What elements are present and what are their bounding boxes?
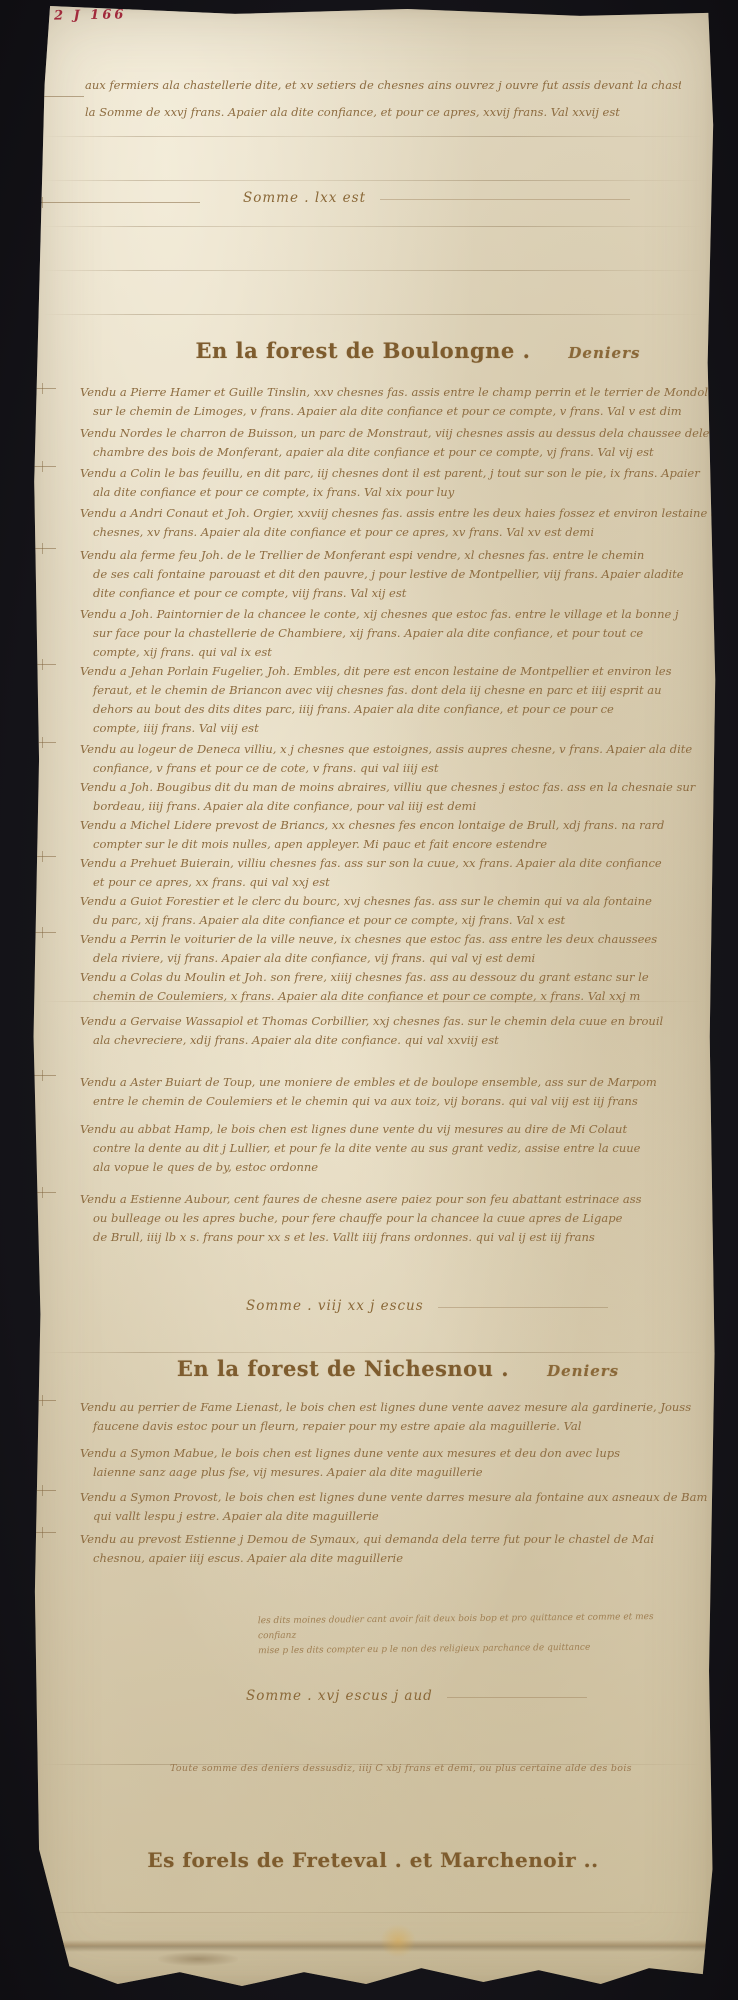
entry-line: sur le chemin de Limoges, v frans. Apaie… (80, 402, 722, 421)
grand-total-line: Toute somme des deniers dessusdiz, iiij … (170, 1763, 650, 1774)
ledger-entry: Vendu au logeur de Deneca villiu, x j ch… (80, 740, 722, 778)
entry-line: Vendu a Aster Buiart de Toup, une monier… (80, 1073, 722, 1092)
heading-text: En la forest de Nichesnou . (177, 1356, 509, 1381)
fold-crease (42, 136, 704, 137)
entry-line: de Brull, iiij lb x s. frans pour xx s e… (80, 1228, 722, 1247)
heading-suffix: Deniers (547, 1362, 619, 1380)
ledger-entry: Vendu a Symon Mabue, le bois chen est li… (80, 1444, 722, 1482)
note-line: les dits moines doudier cant avoir fait … (258, 1610, 678, 1644)
margin-tally-mark (30, 96, 84, 97)
entry-line: Vendu a Jehan Porlain Fugelier, Joh. Emb… (80, 662, 722, 681)
sum-text: Somme . viij xx j escus (246, 1298, 424, 1314)
margin-tally-mark (30, 1490, 56, 1491)
entry-line: Vendu ala ferme feu Joh. de le Trellier … (80, 546, 722, 565)
margin-tally-mark (30, 1532, 56, 1533)
fold-crease (42, 226, 704, 227)
margin-tally-mark (30, 1400, 56, 1401)
entry-line: et pour ce apres, xx frans. qui val xxj … (80, 873, 722, 892)
section-heading-nichesnou: En la forest de Nichesnou . Deniers (158, 1356, 638, 1381)
entry-line: Vendu a Joh. Paintornier de la chancee l… (80, 605, 722, 624)
entry-line: Vendu a Guiot Forestier et le clerc du b… (80, 892, 722, 911)
entry-line: ala dite confiance et pour ce compte, ix… (80, 483, 722, 502)
ledger-entry: Vendu a Colas du Moulin et Joh. son frer… (80, 968, 722, 1006)
archival-shelfmark: 2 J 166 (54, 7, 127, 23)
sum-line-section-1: Somme . viij xx j escus (246, 1298, 608, 1314)
entry-line: aux fermiers ala chastellerie dite, et x… (85, 72, 681, 99)
entry-line: Vendu a Symon Mabue, le bois chen est li… (80, 1444, 722, 1463)
entry-line: Vendu au abbat Hamp, le bois chen est li… (80, 1120, 722, 1139)
fold-crease (42, 1912, 704, 1913)
ledger-entry: Vendu a Perrin le voiturier de la ville … (80, 930, 722, 968)
entry-line: Vendu a Prehuet Buierain, villiu chesnes… (80, 854, 722, 873)
entry-line: confiance, v frans et pour ce de cote, v… (80, 759, 722, 778)
sum-text: Somme . xvj escus j aud (246, 1688, 433, 1704)
entry-line: du parc, xij frans. Apaier ala dite conf… (80, 911, 722, 930)
entry-line: Vendu a Estienne Aubour, cent faures de … (80, 1190, 722, 1209)
margin-tally-mark (30, 664, 56, 665)
entry-line: chesnes, xv frans. Apaier ala dite confi… (80, 523, 722, 542)
entry-line: Vendu a Perrin le voiturier de la ville … (80, 930, 722, 949)
entry-line: dehors au bout des dits dites parc, iiij… (80, 700, 722, 719)
ledger-entry: Vendu a Aster Buiart de Toup, une monier… (80, 1073, 722, 1111)
entry-line: Vendu a Andri Conaut et Joh. Orgier, xxv… (80, 504, 722, 523)
ledger-entry: Vendu a Colin le bas feuillu, en dit par… (80, 464, 722, 502)
entry-line: ou bulleage ou les apres buche, pour fer… (80, 1209, 722, 1228)
sum-text: Somme . lxx est (243, 190, 366, 206)
entry-line: feraut, et le chemin de Briancon avec vi… (80, 681, 722, 700)
entry-line: chemin de Coulemiers, x frans. Apaier al… (80, 987, 722, 1006)
ledger-entry: Vendu a Guiot Forestier et le clerc du b… (80, 892, 722, 930)
entry-line: Vendu au prevost Estienne j Demou de Sym… (80, 1530, 722, 1549)
fold-crease (42, 270, 704, 271)
ledger-entry: Vendu a Gervaise Wassapiol et Thomas Cor… (80, 1012, 722, 1050)
entry-line: Vendu au perrier de Fame Lienast, le boi… (80, 1398, 722, 1417)
entry-line: sur face pour la chastellerie de Chambie… (80, 624, 722, 643)
ledger-entry: Vendu a Prehuet Buierain, villiu chesnes… (80, 854, 722, 892)
closing-heading-freteval-marchenoir: Es forels de Freteval . et Marchenoir .. (128, 1848, 618, 1872)
entry-line: bordeau, iiij frans. Apaier ala dite con… (80, 797, 722, 816)
entry-line: laienne sanz aage plus fse, vij mesures.… (80, 1463, 722, 1482)
ledger-entry: Vendu au abbat Hamp, le bois chen est li… (80, 1120, 722, 1177)
ledger-entry: Vendu ala ferme feu Joh. de le Trellier … (80, 546, 722, 603)
margin-tally-mark (30, 856, 56, 857)
entry-line: compte, iiij frans. Val viij est (80, 719, 722, 738)
entry-line: Vendu a Michel Lidere prevost de Briancs… (80, 816, 722, 835)
ruling-line (447, 1696, 587, 1698)
entry-line: chambre des bois de Monferant, apaier al… (80, 443, 722, 462)
entry-line: Vendu a Colas du Moulin et Joh. son frer… (80, 968, 722, 987)
entry-line: ala chevreciere, xdij frans. Apaier ala … (80, 1031, 722, 1050)
ruling-line (380, 198, 630, 200)
ledger-entry: Vendu a Michel Lidere prevost de Briancs… (80, 816, 722, 854)
entry-line: Vendu a Pierre Hamer et Guille Tinslin, … (80, 383, 722, 402)
entry-line: de ses cali fontaine parouast et dit den… (80, 565, 722, 584)
entry-line: compter sur le dit mois nulles, apen app… (80, 835, 722, 854)
margin-tally-mark (30, 548, 56, 549)
entry-line: Vendu a Joh. Bougibus dit du man de moin… (80, 778, 722, 797)
entry-line: ala vopue le ques de by, estoc ordonne (80, 1158, 722, 1177)
entry-line: faucene davis estoc pour un fleurn, repa… (80, 1417, 722, 1436)
ledger-entry: Vendu a Andri Conaut et Joh. Orgier, xxv… (80, 504, 722, 542)
entry-line: compte, xij frans. qui val ix est (80, 643, 722, 662)
margin-tally-mark (30, 932, 56, 933)
entry-line: contre la dente au dit j Lullier, et pou… (80, 1139, 722, 1158)
entry-line: Vendu Nordes le charron de Buisson, un p… (80, 424, 722, 443)
sum-line-section-2: Somme . xvj escus j aud (246, 1688, 587, 1704)
parchment-stain (380, 1924, 416, 1958)
margin-tally-mark (30, 1192, 56, 1193)
entry-line: chesnou, apaier iiij escus. Apaier ala d… (80, 1549, 722, 1568)
sum-line-top: Somme . lxx est (243, 190, 630, 206)
ledger-entry: Vendu a Estienne Aubour, cent faures de … (80, 1190, 722, 1247)
bottom-fold-crease (28, 1940, 718, 1952)
photograph-background: 2 J 166 aux fermiers ala chastellerie di… (0, 0, 738, 2000)
entry-line: dela riviere, vij frans. Apaier ala dite… (80, 949, 722, 968)
margin-tally-mark (30, 466, 56, 467)
clerk-note: les dits moines doudier cant avoir fait … (258, 1610, 678, 1659)
margin-tally-mark (30, 202, 200, 203)
parchment-scroll: 2 J 166 aux fermiers ala chastellerie di… (28, 6, 718, 1988)
parchment-stain (158, 1952, 238, 1966)
note-line: mise p les dits compter eu p le non des … (258, 1640, 678, 1659)
ruling-line (438, 1306, 608, 1308)
ledger-entry: Vendu a Joh. Bougibus dit du man de moin… (80, 778, 722, 816)
ledger-entry: Vendu au prevost Estienne j Demou de Sym… (80, 1530, 722, 1568)
ledger-entry: Vendu a Symon Provost, le bois chen est … (80, 1488, 722, 1526)
entry-line: Vendu a Colin le bas feuillu, en dit par… (80, 464, 722, 483)
section-heading-boulongne: En la forest de Boulongne . Deniers (178, 338, 658, 363)
fold-crease (42, 1352, 704, 1353)
entry-line: entre le chemin de Coulemiers et le chem… (80, 1092, 722, 1111)
ledger-entry: Vendu au perrier de Fame Lienast, le boi… (80, 1398, 722, 1436)
entry-line: qui vallt lespu j estre. Apaier ala dite… (80, 1507, 722, 1526)
opening-entry-fragment: aux fermiers ala chastellerie dite, et x… (85, 72, 681, 126)
entry-line: Vendu a Symon Provost, le bois chen est … (80, 1488, 722, 1507)
ledger-entry: Vendu a Pierre Hamer et Guille Tinslin, … (80, 383, 722, 421)
heading-text: En la forest de Boulongne . (196, 338, 531, 363)
entry-line: la Somme de xxvj frans. Apaier ala dite … (85, 99, 681, 126)
ledger-entry: Vendu a Joh. Paintornier de la chancee l… (80, 605, 722, 662)
margin-tally-mark (30, 1075, 56, 1076)
ledger-entry: Vendu Nordes le charron de Buisson, un p… (80, 424, 722, 462)
heading-suffix: Deniers (568, 344, 640, 362)
margin-tally-mark (30, 742, 56, 743)
fold-crease (42, 314, 704, 315)
entry-line: dite confiance et pour ce compte, viij f… (80, 584, 722, 603)
ledger-entry: Vendu a Jehan Porlain Fugelier, Joh. Emb… (80, 662, 722, 738)
fold-crease (42, 180, 704, 181)
margin-tally-mark (30, 388, 56, 389)
entry-line: Vendu au logeur de Deneca villiu, x j ch… (80, 740, 722, 759)
entry-line: Vendu a Gervaise Wassapiol et Thomas Cor… (80, 1012, 722, 1031)
